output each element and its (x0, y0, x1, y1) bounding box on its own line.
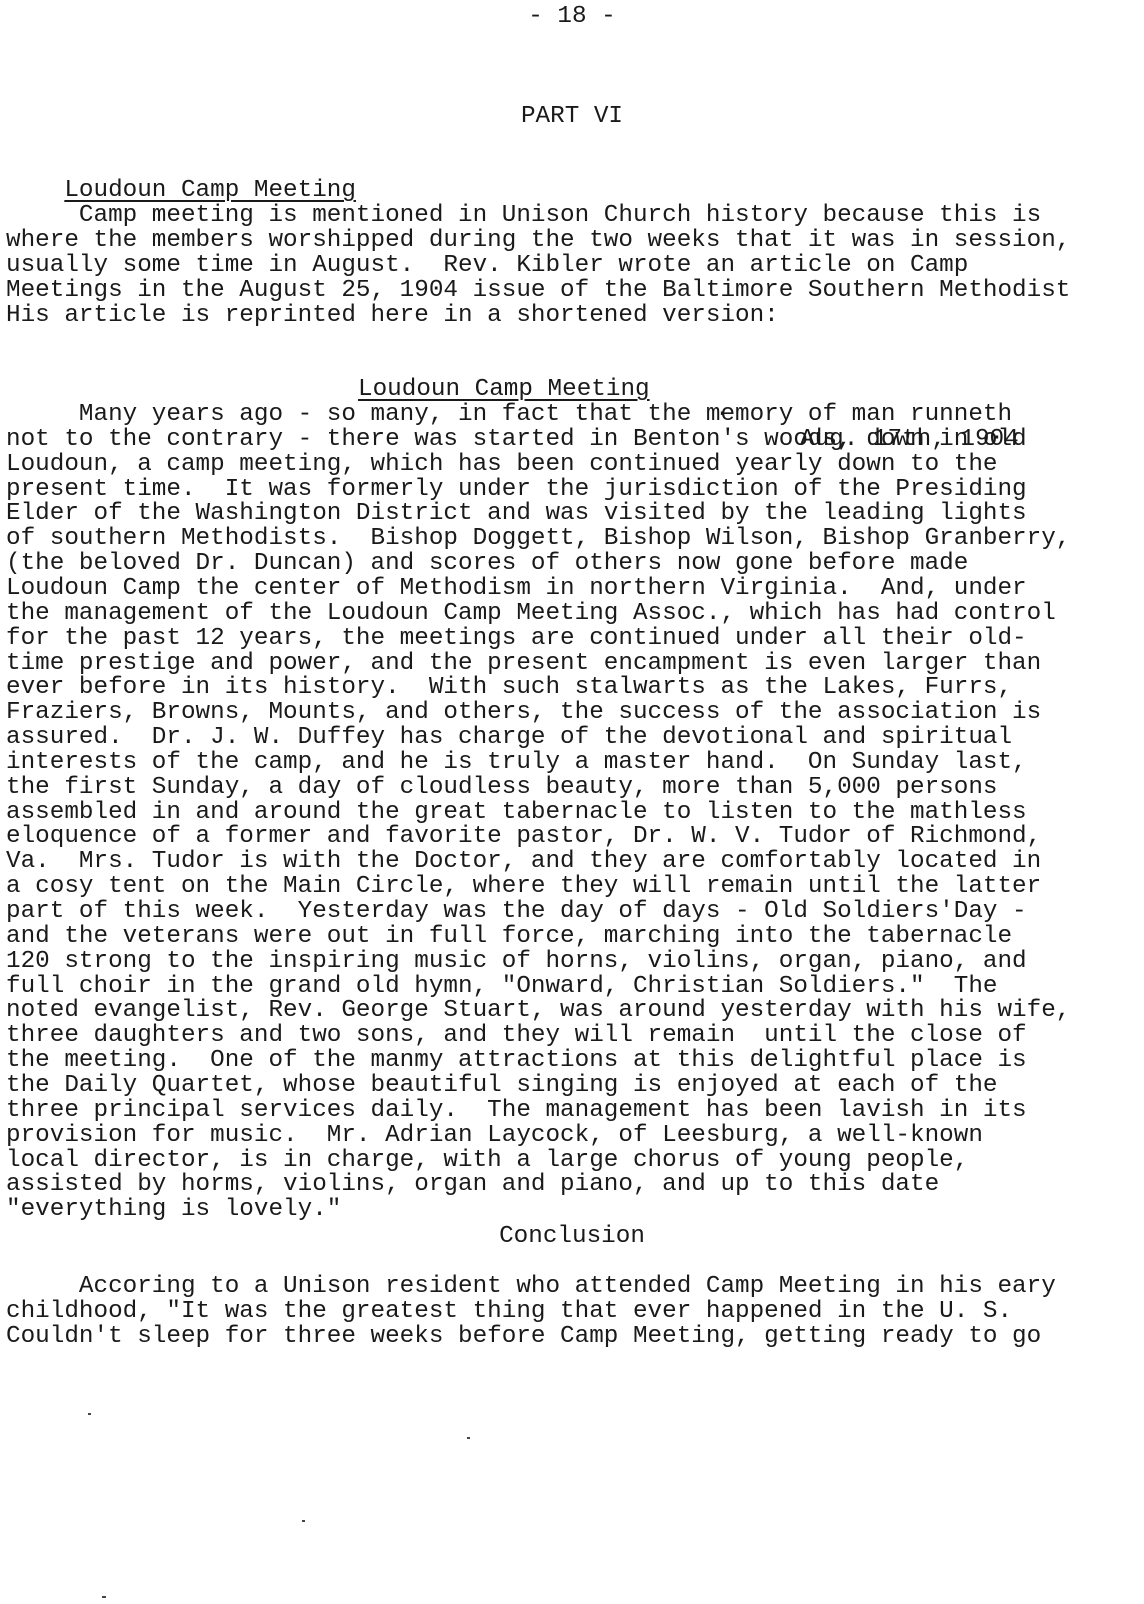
text-line: Elder of the Washington District and was… (6, 501, 1027, 526)
text-line: part of this week. Yesterday was the day… (6, 899, 1027, 924)
text-line: present time. It was formerly under the … (6, 477, 1027, 502)
text-line: time prestige and power, and the present… (6, 651, 1041, 676)
text-line: childhood, "It was the greatest thing th… (6, 1299, 1012, 1324)
text-line: Accoring to a Unison resident who attend… (6, 1274, 1056, 1299)
text-line: Va. Mrs. Tudor is with the Doctor, and t… (6, 849, 1041, 874)
text-line: three daughters and two sons, and they w… (6, 1023, 1027, 1048)
text-line: Camp meeting is mentioned in Unison Chur… (6, 203, 1041, 228)
text-line: the management of the Loudoun Camp Meeti… (6, 601, 1056, 626)
text-line: usually some time in August. Rev. Kibler… (6, 253, 968, 278)
text-line: Loudoun, a camp meeting, which has been … (6, 452, 997, 477)
text-line: three principal services daily. The mana… (6, 1098, 1027, 1123)
section-heading: Loudoun Camp Meeting (6, 153, 356, 178)
article-heading: Loudoun Camp Meeting · Aug. 17th, 1904 (0, 352, 1144, 377)
text-line: local director, is in charge, with a lar… (6, 1148, 968, 1173)
text-line: where the members worshipped during the … (6, 228, 1070, 253)
text-line: not to the contrary - there was started … (6, 427, 1027, 452)
text-line: interests of the camp, and he is truly a… (6, 750, 1027, 775)
text-line: a cosy tent on the Main Circle, where th… (6, 874, 1041, 899)
scan-speck (102, 1596, 106, 1598)
text-line: noted evangelist, Rev. George Stuart, wa… (6, 998, 1070, 1023)
text-line: ever before in its history. With such st… (6, 675, 1012, 700)
text-line: provision for music. Mr. Adrian Laycock,… (6, 1123, 983, 1148)
scan-speck (467, 1437, 470, 1439)
text-line: the first Sunday, a day of cloudless bea… (6, 775, 997, 800)
part-title: PART VI (0, 104, 1144, 129)
text-line: the Daily Quartet, whose beautiful singi… (6, 1073, 997, 1098)
text-line: Meetings in the August 25, 1904 issue of… (6, 278, 1070, 303)
text-line: Fraziers, Browns, Mounts, and others, th… (6, 700, 1041, 725)
conclusion-heading: Conclusion (0, 1224, 1144, 1249)
text-line: assured. Dr. J. W. Duffey has charge of … (6, 725, 1012, 750)
text-line: Many years ago - so many, in fact that t… (6, 402, 1012, 427)
text-line: "everything is lovely." (6, 1197, 341, 1222)
text-line: of southern Methodists. Bishop Doggett, … (6, 526, 1070, 551)
text-line: full choir in the grand old hymn, "Onwar… (6, 974, 997, 999)
scan-speck (302, 1520, 305, 1522)
text-line: assembled in and around the great tabern… (6, 800, 1027, 825)
article-title: Loudoun Camp Meeting (358, 377, 650, 402)
text-line: Loudoun Camp the center of Methodism in … (6, 576, 1027, 601)
text-line: eloquence of a former and favorite pasto… (6, 824, 1041, 849)
typewritten-page: - 18 - PART VI Loudoun Camp Meeting Camp… (0, 0, 1144, 1604)
page-number: - 18 - (0, 4, 1144, 29)
text-line: the meeting. One of the manmy attraction… (6, 1048, 1027, 1073)
text-line: 120 strong to the inspiring music of hor… (6, 949, 1027, 974)
text-line: His article is reprinted here in a short… (6, 303, 779, 328)
text-line: (the beloved Dr. Duncan) and scores of o… (6, 551, 968, 576)
scan-speck (88, 1413, 91, 1415)
text-line: Couldn't sleep for three weeks before Ca… (6, 1324, 1041, 1349)
text-line: assisted by horms, violins, organ and pi… (6, 1172, 939, 1197)
section-heading-text: Loudoun Camp Meeting (64, 177, 356, 204)
text-line: for the past 12 years, the meetings are … (6, 626, 1027, 651)
text-line: and the veterans were out in full force,… (6, 924, 1012, 949)
